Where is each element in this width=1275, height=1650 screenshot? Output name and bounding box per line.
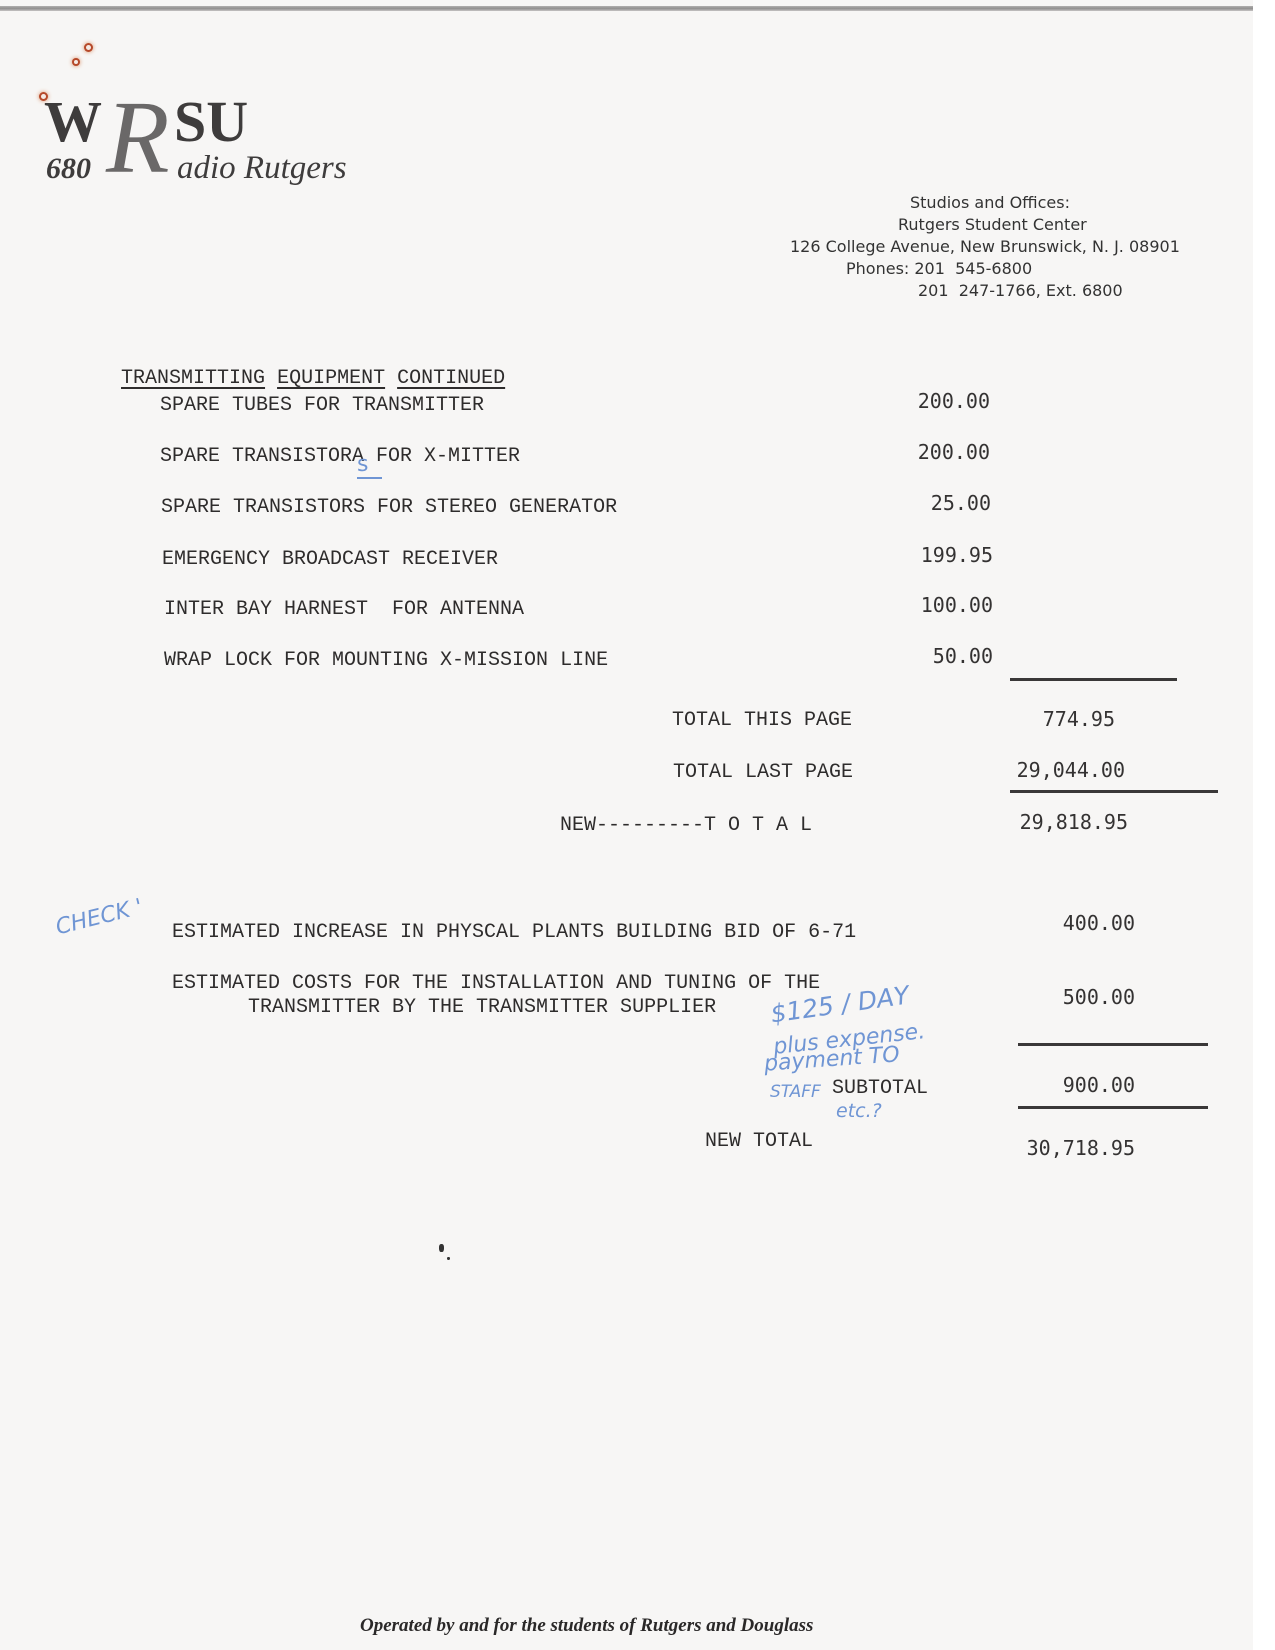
line-item-amount: 25.00 xyxy=(851,491,991,515)
address-line: Studios and Offices: xyxy=(790,192,1210,214)
logo-letter-w: W xyxy=(44,88,100,155)
line-item-amount: 199.95 xyxy=(853,543,993,567)
final-total-label: NEW TOTAL xyxy=(705,1130,813,1153)
additional-item-amount: 400.00 xyxy=(995,911,1135,935)
address-line: Phones: 201 545-6800 xyxy=(790,258,1210,280)
line-item-amount: 200.00 xyxy=(850,389,990,413)
sum-rule xyxy=(1010,678,1177,681)
total-last-page-label: TOTAL LAST PAGE xyxy=(673,761,853,784)
page-top-edge xyxy=(0,6,1260,11)
line-item-amount: 200.00 xyxy=(850,440,990,464)
ink-speck xyxy=(447,1257,450,1260)
footer-tagline: Operated by and for the students of Rutg… xyxy=(360,1615,920,1637)
line-item-description: EMERGENCY BROADCAST RECEIVER xyxy=(162,548,498,571)
logo-letter-r: R xyxy=(106,86,170,190)
additional-item-description: ESTIMATED INCREASE IN PHYSCAL PLANTS BUI… xyxy=(172,921,856,944)
logo-frequency: 680 xyxy=(46,152,91,186)
logo-letters-su: SU xyxy=(174,88,248,155)
section-title: TRANSMITTING EQUIPMENT CONTINUED xyxy=(97,344,505,390)
subtotal-label: SUBTOTAL xyxy=(832,1077,928,1100)
ink-speck xyxy=(439,1244,444,1252)
address-line: Rutgers Student Center xyxy=(790,214,1210,236)
address-line: 126 College Avenue, New Brunswick, N. J.… xyxy=(790,236,1210,258)
line-item-description: INTER BAY HARNEST FOR ANTENNA xyxy=(164,598,524,621)
station-logo: W R SU 680 adio Rutgers xyxy=(44,88,374,198)
line-item-amount: 50.00 xyxy=(853,644,993,668)
subtotal-top-rule xyxy=(1018,1043,1208,1046)
line-item-description: SPARE TUBES FOR TRANSMITTER xyxy=(160,394,484,417)
line-item-amount: 100.00 xyxy=(853,593,993,617)
staple-hole xyxy=(84,43,93,52)
section-title-word: EQUIPMENT xyxy=(277,367,385,390)
subtotal-value: 900.00 xyxy=(995,1073,1135,1097)
new-total-label: NEW---------T O T A L xyxy=(560,814,812,837)
new-total-value: 29,818.95 xyxy=(988,810,1128,834)
total-this-page-value: 774.95 xyxy=(975,707,1115,731)
correction-mark xyxy=(357,477,382,479)
section-title-word: TRANSMITTING xyxy=(121,367,265,390)
line-item-description: SPARE TRANSISTORA FOR X-MITTER xyxy=(160,445,520,468)
additional-item-amount: 500.00 xyxy=(995,985,1135,1009)
subtotal-bottom-rule xyxy=(1018,1106,1208,1109)
handwritten-correction: s xyxy=(357,452,368,477)
handwritten-note-line: STAFF xyxy=(770,1082,821,1102)
letterhead-address: Studios and Offices: Rutgers Student Cen… xyxy=(790,192,1210,302)
staple-hole xyxy=(72,58,80,66)
handwritten-note-line: etc.? xyxy=(836,1100,882,1122)
line-item-description: SPARE TRANSISTORS FOR STEREO GENERATOR xyxy=(161,496,617,519)
final-total-value: 30,718.95 xyxy=(995,1136,1135,1160)
total-this-page-label: TOTAL THIS PAGE xyxy=(672,709,852,732)
line-item-description: WRAP LOCK FOR MOUNTING X-MISSION LINE xyxy=(164,649,608,672)
handwritten-check-note: CHECK ' xyxy=(53,895,145,941)
page-right-margin xyxy=(1253,0,1275,1650)
section-title-word: CONTINUED xyxy=(397,367,505,390)
address-line: 201 247-1766, Ext. 6800 xyxy=(790,280,1210,302)
total-rule xyxy=(1010,790,1218,793)
additional-item-description: TRANSMITTER BY THE TRANSMITTER SUPPLIER xyxy=(248,996,716,1019)
additional-item-description: ESTIMATED COSTS FOR THE INSTALLATION AND… xyxy=(172,972,820,995)
total-last-page-value: 29,044.00 xyxy=(985,758,1125,782)
logo-tagline: adio Rutgers xyxy=(177,150,347,187)
